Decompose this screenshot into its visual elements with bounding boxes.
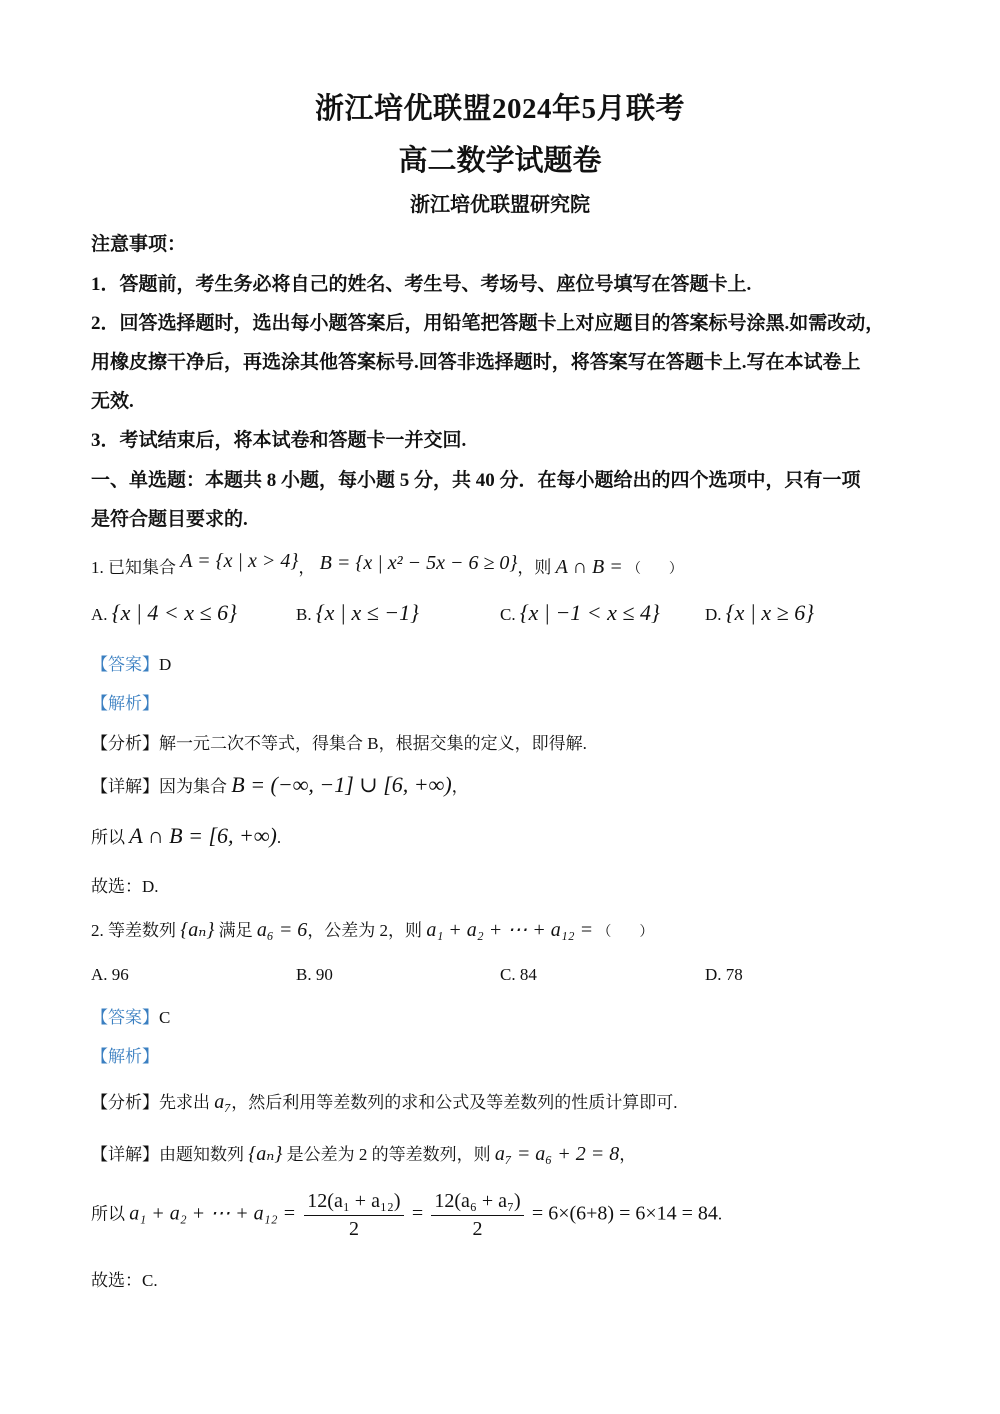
q2-option-d: D. 78	[705, 965, 743, 985]
choice-value: C.	[142, 1271, 158, 1290]
sum-lhs: a₁ + a₂ + ⋯ + a₁₂ =	[129, 1202, 296, 1224]
option-value: 96	[112, 965, 129, 984]
q1-paren: （ ）	[627, 562, 683, 577]
fraction-1: 12(a₁ + a₁₂) 2	[304, 1190, 403, 1241]
fenxi-label: 【分析】	[91, 1093, 159, 1112]
suoyi-label: 所以	[91, 828, 125, 847]
suoyi-label: 所以	[91, 1204, 125, 1223]
notice-item-2-cont: 用橡皮擦干净后，再选涂其他答案标号.回答非选择题时，将答案写在答题卡上.写在本试…	[91, 347, 861, 374]
notice-heading: 注意事项：	[91, 229, 186, 256]
q2-option-c: C. 84	[500, 965, 537, 985]
q1-ask: A ∩ B =	[556, 556, 623, 578]
q2-ask: a₁ + a₂ + ⋯ + a₁₂ =	[426, 919, 593, 941]
fraction-2-numerator: 12(a₆ + a₇)	[431, 1190, 523, 1216]
section-heading-cont: 是符合题目要求的.	[91, 504, 248, 531]
q2-sum: 所以 a₁ + a₂ + ⋯ + a₁₂ = 12(a₁ + a₁₂) 2 = …	[91, 1190, 722, 1241]
suoyi-tail: .	[277, 828, 281, 847]
option-value: {x | x ≤ −1}	[316, 600, 419, 625]
equals-sign: =	[412, 1202, 423, 1224]
sum-tail: .	[718, 1204, 722, 1223]
exam-subtitle: 高二数学试题卷	[0, 138, 1000, 179]
option-label: A.	[91, 965, 108, 984]
answer-value: D	[159, 655, 171, 674]
choice-label: 故选：	[91, 1271, 142, 1290]
sum-rhs: = 6×(6+8) = 6×14 = 84	[532, 1202, 718, 1224]
q1-set-b: B = {x | x² − 5x − 6 ≥ 0}	[320, 552, 518, 574]
fenxi-pre: 先求出	[159, 1093, 210, 1112]
xiangjie-text: 因为集合	[159, 777, 227, 796]
notice-item-1: 1．答题前，考生务必将自己的姓名、考生号、考场号、座位号填写在答题卡上.	[91, 269, 751, 296]
q2-cond: a₆ = 6	[257, 919, 307, 941]
q2-prefix: 2. 等差数列	[91, 921, 176, 940]
option-value: {x | x ≥ 6}	[726, 600, 814, 625]
fenxi-post: ，然后利用等差数列的求和公式及等差数列的性质计算即可.	[231, 1093, 677, 1112]
question-1: 1. 已知集合 A = {x | x > 4}， B = {x | x² − 5…	[91, 553, 683, 579]
q2-fenxi: 【分析】先求出 a₇，然后利用等差数列的求和公式及等差数列的性质计算即可.	[91, 1088, 677, 1114]
answer-value: C	[159, 1008, 170, 1027]
q2-mid1: 满足	[219, 921, 253, 940]
fenxi-label: 【分析】	[91, 734, 159, 753]
q2-seq: {aₙ}	[180, 919, 214, 941]
xiangjie-label: 【详解】	[91, 777, 159, 796]
suoyi-math: A ∩ B = [6, +∞)	[129, 823, 277, 848]
fenxi-text: 解一元二次不等式，得集合 B，根据交集的定义，即得解.	[159, 734, 587, 753]
q1-fenxi: 【分析】解一元二次不等式，得集合 B，根据交集的定义，即得解.	[91, 729, 587, 754]
q1-option-a: A. {x | 4 < x ≤ 6}	[91, 600, 237, 626]
q2-paren: （ ）	[597, 925, 653, 940]
notice-item-3: 3．考试结束后，将本试卷和答题卡一并交回.	[91, 425, 466, 452]
fraction-2-denominator: 2	[431, 1216, 523, 1241]
option-label: D.	[705, 605, 722, 624]
q1-xiangjie: 【详解】因为集合 B = (−∞, −1] ∪ [6, +∞)，	[91, 772, 469, 798]
fraction-1-numerator: 12(a₁ + a₁₂)	[304, 1190, 403, 1216]
q1-suoyi: 所以 A ∩ B = [6, +∞).	[91, 823, 281, 849]
xiangjie-math: B = (−∞, −1] ∪ [6, +∞)	[231, 772, 451, 797]
q1-option-d: D. {x | x ≥ 6}	[705, 600, 814, 626]
q1-set-a: A = {x | x > 4}	[180, 550, 298, 572]
q2-answer: 【答案】C	[91, 1003, 170, 1028]
q1-answer: 【答案】D	[91, 650, 171, 675]
xiangjie-math: a₇ = a₆ + 2 = 8	[495, 1143, 619, 1165]
option-value: {x | 4 < x ≤ 6}	[112, 600, 237, 625]
choice-label: 故选：	[91, 877, 142, 896]
q1-sep: ，	[298, 558, 315, 577]
fraction-2: 12(a₆ + a₇) 2	[431, 1190, 523, 1241]
q2-choice: 故选：C.	[91, 1266, 158, 1291]
q1-prefix: 1. 已知集合	[91, 558, 176, 577]
q2-xiangjie: 【详解】由题知数列 {aₙ} 是公差为 2 的等差数列，则 a₇ = a₆ + …	[91, 1140, 636, 1166]
exam-institute: 浙江培优联盟研究院	[0, 188, 1000, 217]
notice-item-2-end: 无效.	[91, 386, 134, 413]
q1-analysis-label: 【解析】	[91, 689, 159, 714]
xiangjie-label: 【详解】	[91, 1145, 159, 1164]
section-heading: 一、单选题：本题共 8 小题，每小题 5 分，共 40 分．在每小题给出的四个选…	[91, 465, 861, 492]
option-label: C.	[500, 965, 516, 984]
q2-mid2: ，公差为 2，则	[307, 921, 422, 940]
answer-label: 【答案】	[91, 1008, 159, 1027]
option-label: D.	[705, 965, 722, 984]
option-label: A.	[91, 605, 108, 624]
option-value: 90	[316, 965, 333, 984]
exam-title: 浙江培优联盟2024年5月联考	[0, 86, 1000, 127]
notice-item-2: 2．回答选择题时，选出每小题答案后，用铅笔把答题卡上对应题目的答案标号涂黑.如需…	[91, 308, 884, 335]
q1-choice: 故选：D.	[91, 872, 159, 897]
q1-then: ，则	[517, 558, 551, 577]
fenxi-math: a₇	[214, 1091, 231, 1113]
fraction-1-denominator: 2	[304, 1216, 403, 1241]
q2-option-a: A. 96	[91, 965, 129, 985]
answer-label: 【答案】	[91, 655, 159, 674]
xiangjie-pre: 由题知数列	[159, 1145, 244, 1164]
xiangjie-seq: {aₙ}	[248, 1143, 282, 1165]
option-value: {x | −1 < x ≤ 4}	[520, 600, 660, 625]
xiangjie-tail: ，	[452, 777, 469, 796]
xiangjie-mid: 是公差为 2 的等差数列，则	[287, 1145, 491, 1164]
option-label: B.	[296, 965, 312, 984]
option-value: 78	[726, 965, 743, 984]
question-2: 2. 等差数列 {aₙ} 满足 a₆ = 6，公差为 2，则 a₁ + a₂ +…	[91, 916, 653, 942]
q2-option-b: B. 90	[296, 965, 333, 985]
q1-option-c: C. {x | −1 < x ≤ 4}	[500, 600, 660, 626]
option-label: B.	[296, 605, 312, 624]
q1-option-b: B. {x | x ≤ −1}	[296, 600, 419, 626]
option-value: 84	[520, 965, 537, 984]
option-label: C.	[500, 605, 516, 624]
xiangjie-tail: ，	[619, 1145, 636, 1164]
choice-value: D.	[142, 877, 159, 896]
q2-analysis-label: 【解析】	[91, 1042, 159, 1067]
